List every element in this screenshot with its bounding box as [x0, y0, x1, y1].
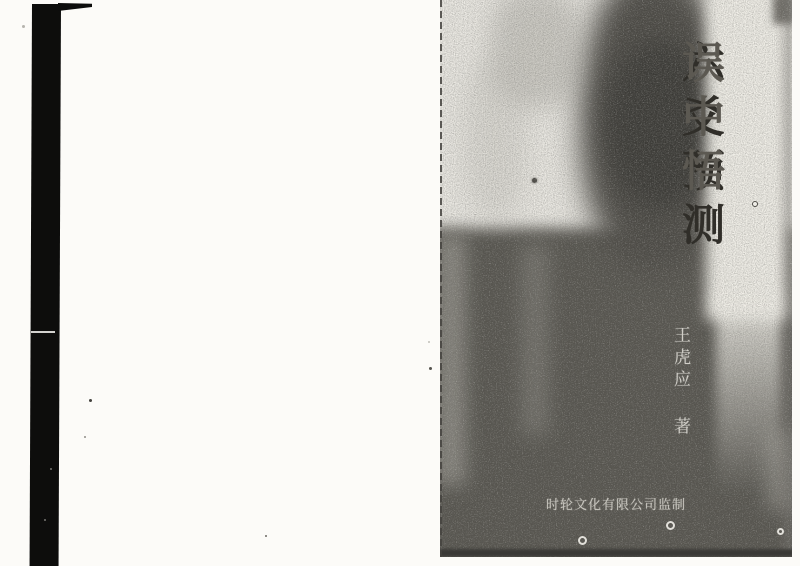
- small-circle-mark: [752, 201, 758, 207]
- cover-right-edge-speckle: [776, 0, 792, 557]
- cover-bottom-border: [440, 549, 792, 557]
- ring-mark: [578, 536, 587, 545]
- ring-mark: [666, 521, 675, 530]
- book-cover-scan: 六爻预测误中悟 王虎应 著 时轮文化有限公司监制: [440, 0, 792, 557]
- light-streak: [522, 245, 548, 435]
- ink-dot: [532, 178, 537, 183]
- ring-mark: [777, 528, 784, 535]
- dust-speck: [428, 341, 430, 343]
- publisher-line: 时轮文化有限公司监制: [546, 494, 686, 513]
- cover-left-border: [440, 0, 442, 557]
- dust-speck: [84, 436, 86, 438]
- spine-scratch-mark: [31, 331, 55, 333]
- spine-pinhole: [44, 519, 46, 521]
- spine-pinhole: [50, 468, 52, 470]
- author-name: 王虎应 著: [668, 326, 693, 439]
- dust-speck: [89, 399, 92, 402]
- dust-speck: [265, 535, 267, 537]
- spine-bar: [30, 4, 61, 566]
- scan-smudge: [464, 58, 526, 218]
- light-streak: [440, 235, 466, 485]
- dust-speck: [429, 367, 432, 370]
- scanned-book-spread: 六爻预测误中悟 王虎应 著 时轮文化有限公司监制: [0, 0, 800, 566]
- dust-speck: [22, 25, 25, 28]
- book-title-line2: 误中悟: [676, 40, 724, 202]
- spine-flange: [58, 3, 92, 11]
